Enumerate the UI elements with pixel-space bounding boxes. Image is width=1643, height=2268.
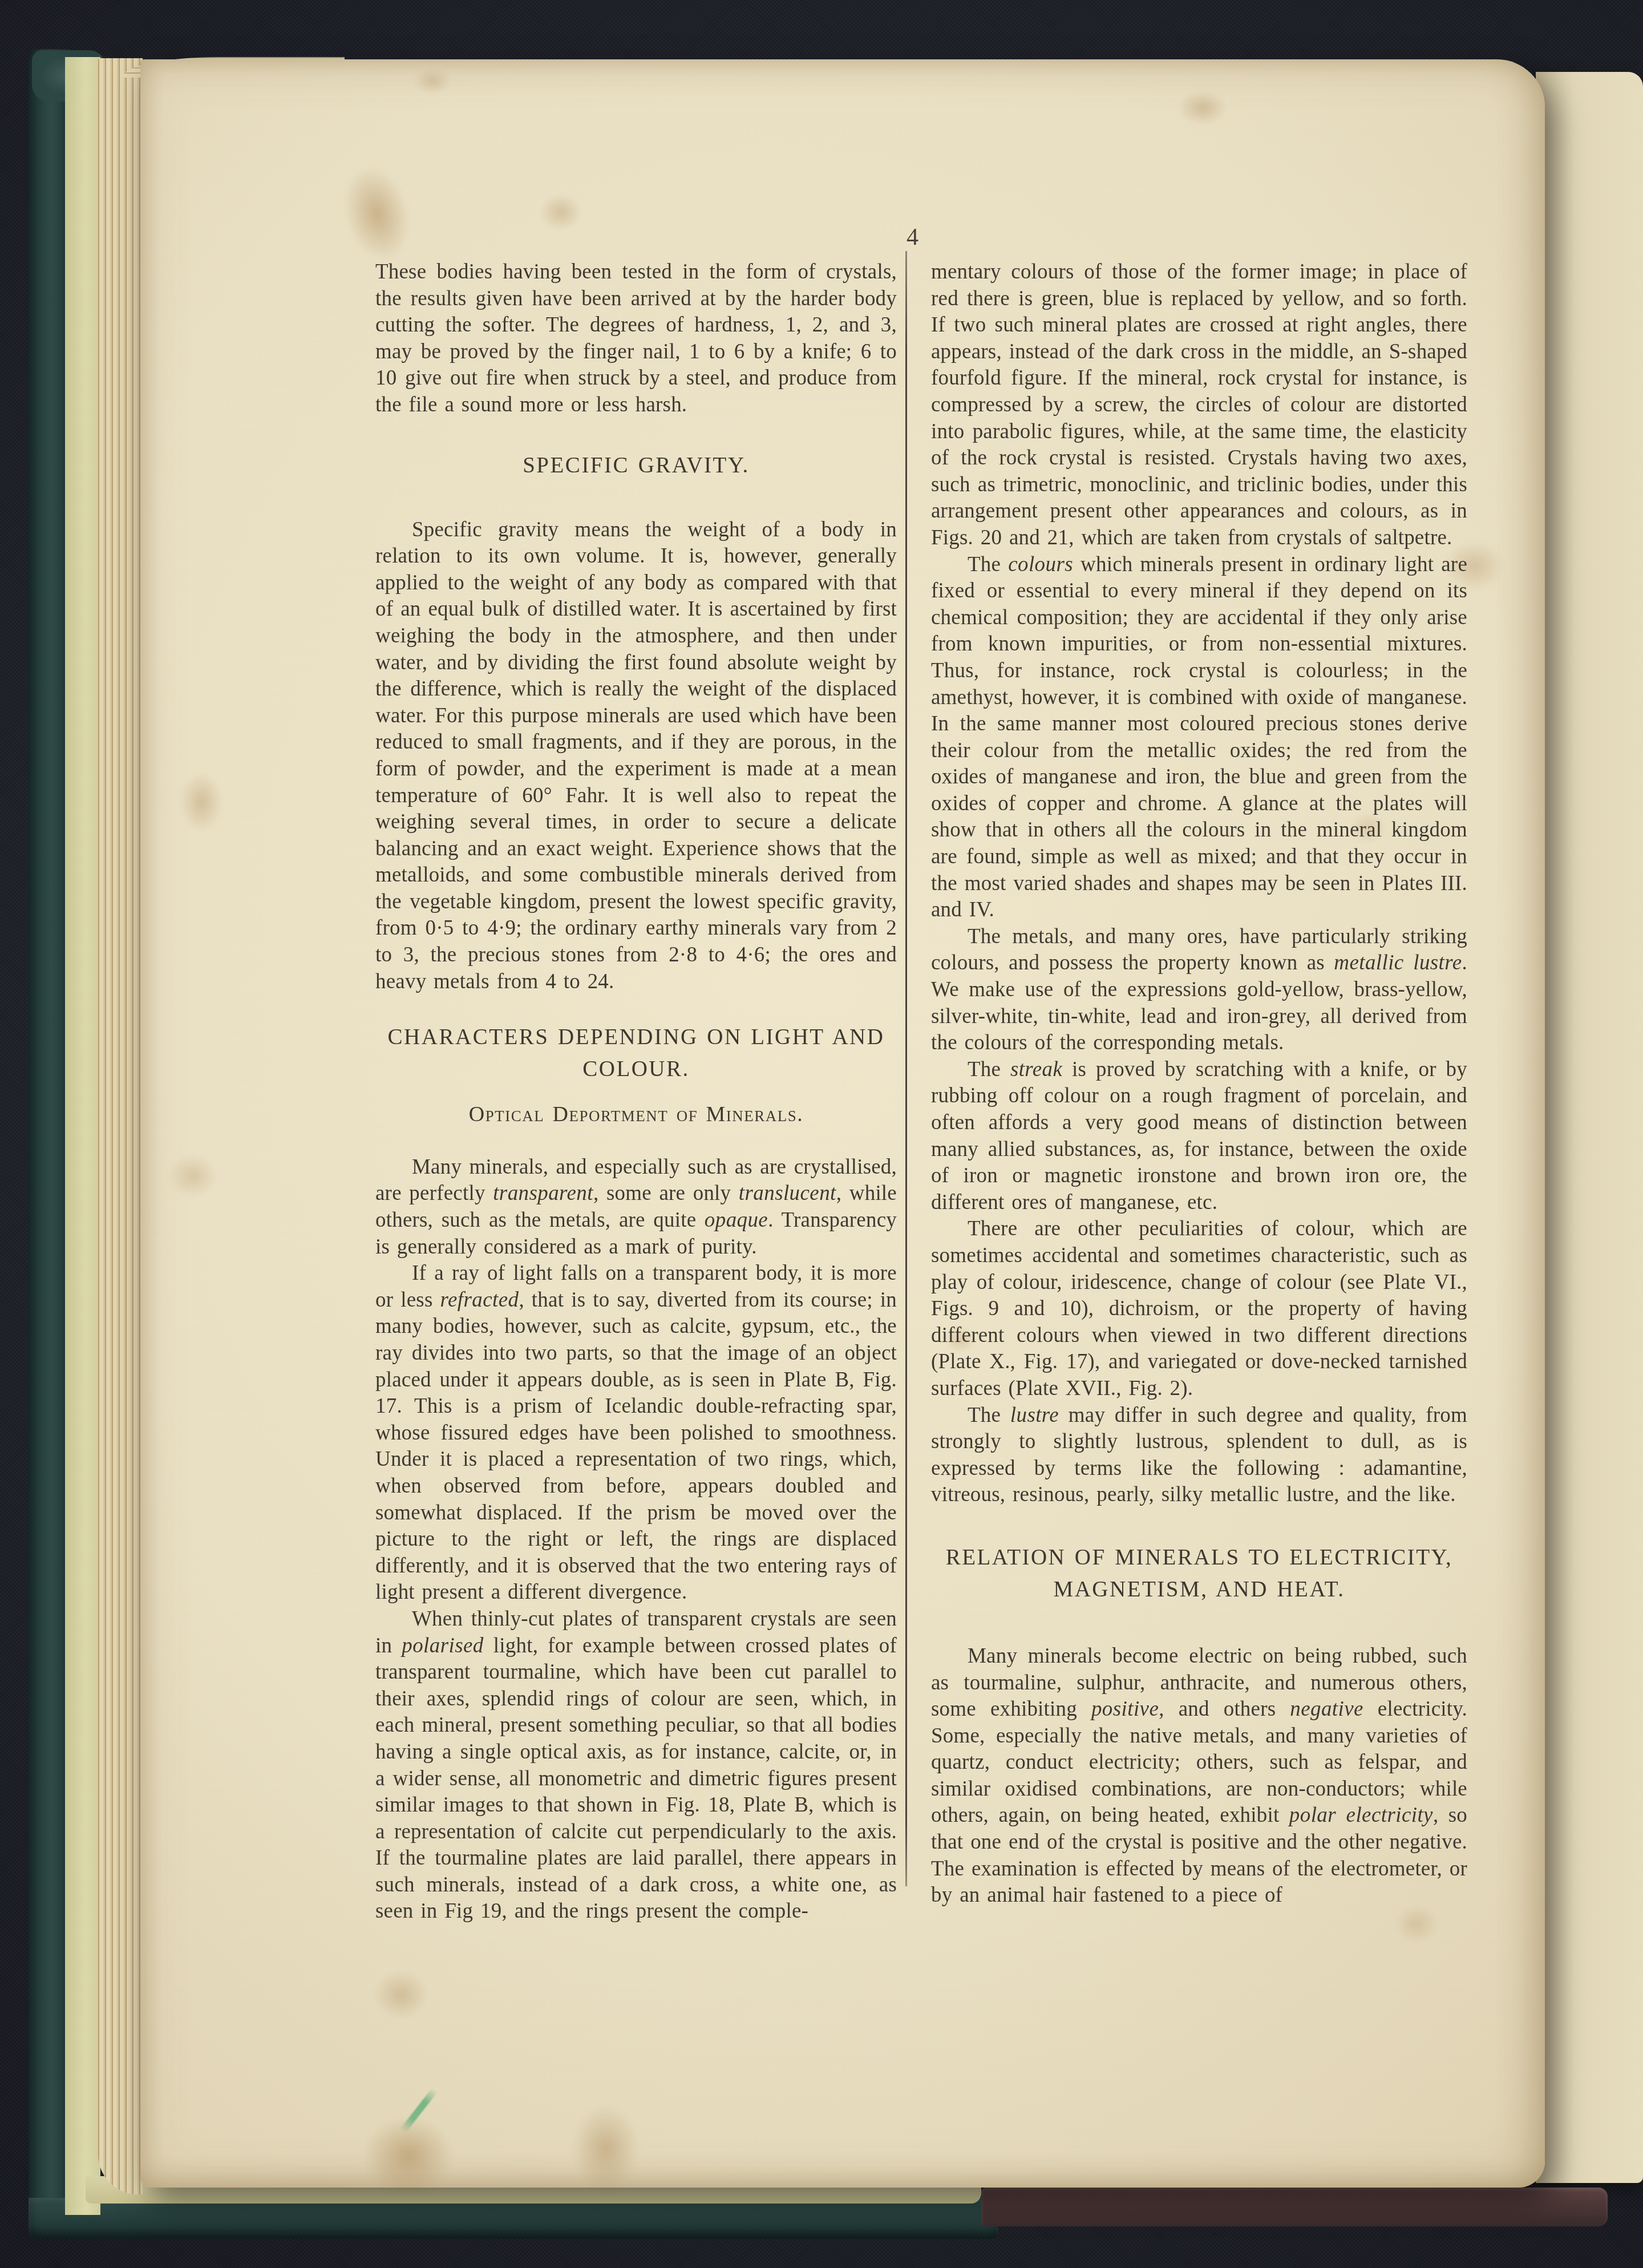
paragraph-hardness: These bodies having been tested in the f… (375, 259, 897, 419)
heading-relation-line1: RELATION OF MINERALS TO ELECTRICITY, (931, 1542, 1467, 1574)
foxing-stain (573, 2105, 639, 2191)
paragraph-refraction: If a ray of light falls on a transparent… (375, 1260, 897, 1606)
book-cover-bottom-edge (29, 2198, 998, 2239)
heading-characters-line1: CHARACTERS DEPENDING ON LIGHT AND (375, 1021, 897, 1053)
right-column: mentary colours of those of the former i… (931, 259, 1467, 1909)
scanned-book-photo: 4 These bodies having been tested in the… (0, 0, 1643, 2268)
paragraph-colours: The colours which minerals present in or… (931, 552, 1467, 924)
paragraph-metallic-lustre: The metals, and many ores, have particul… (931, 924, 1467, 1057)
page-number: 4 (856, 224, 970, 251)
foxing-stain (1179, 91, 1227, 124)
heading-characters-line2: COLOUR. (375, 1053, 897, 1085)
paragraph-specific-gravity: Specific gravity means the weight of a b… (375, 517, 897, 996)
heading-specific-gravity: SPECIFIC GRAVITY. (375, 450, 897, 482)
foxing-stain (334, 159, 420, 269)
heading-relation-line2: MAGNETISM, AND HEAT. (931, 1574, 1467, 1606)
underlying-page-edge (1536, 72, 1643, 2183)
paragraph-polarised-light: When thinly-cut plates of transparent cr… (375, 1606, 897, 1925)
paragraph-streak: The streak is proved by scratching with … (931, 1057, 1467, 1216)
foxing-stain (414, 68, 451, 94)
column-divider-rule (905, 251, 907, 1886)
book-cover-spine (29, 49, 70, 2235)
foxing-stain (169, 1155, 217, 1197)
page-edges-stack (98, 58, 143, 2194)
paragraph-electricity: Many minerals become electric on being r… (931, 1643, 1467, 1909)
left-column: These bodies having been tested in the f… (375, 259, 897, 1925)
green-pencil-mark (400, 2088, 438, 2133)
foxing-stain (1395, 1906, 1438, 1942)
paragraph-transparency: Many minerals, and especially such as ar… (375, 1154, 897, 1260)
cover-edge-bottom-right (981, 2188, 1608, 2226)
paragraph-lustre-degrees: The lustre may differ in such degree and… (931, 1402, 1467, 1509)
foxing-stain (374, 1971, 428, 2019)
paragraph-colour-peculiarities: There are other peculiarities of colour,… (931, 1216, 1467, 1402)
endpaper-edge (65, 57, 100, 2215)
foxing-stain (540, 194, 582, 231)
subheading-optical-deportment: Optical Deportment of Minerals. (375, 1101, 897, 1128)
paragraph-complementary-colours: mentary colours of those of the former i… (931, 259, 1467, 552)
foxing-stain (180, 773, 222, 832)
